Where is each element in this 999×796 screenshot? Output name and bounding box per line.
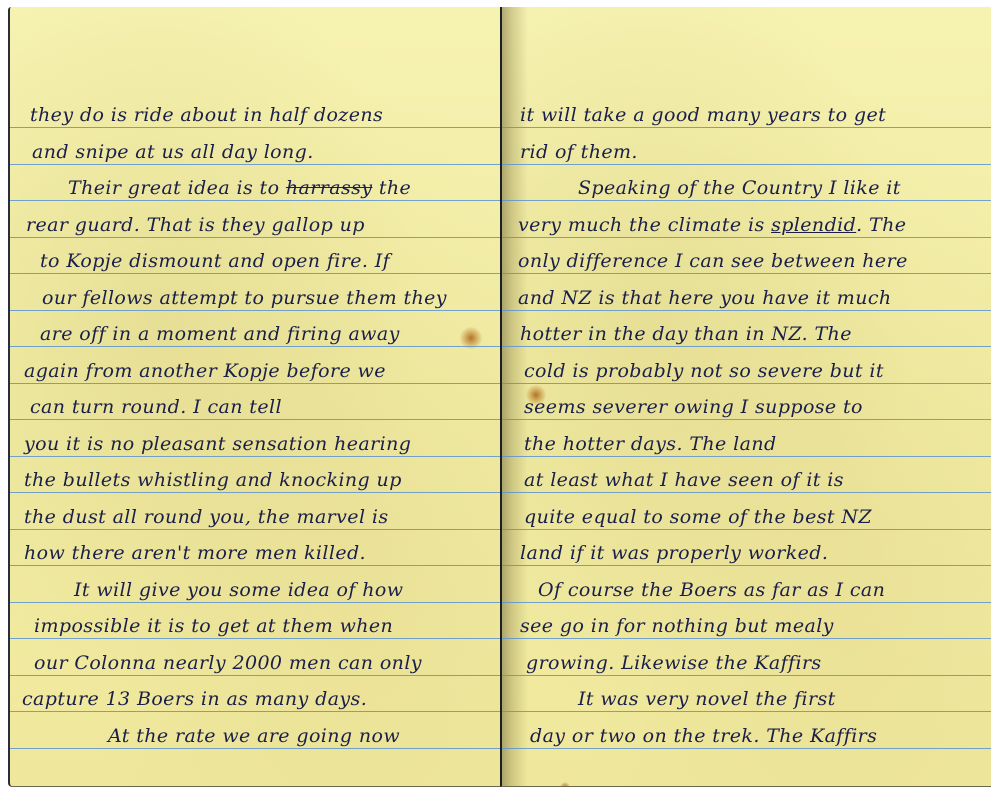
handwritten-line: hotter in the day than in NZ. The bbox=[502, 319, 991, 349]
handwritten-line: only difference I can see between here bbox=[502, 246, 991, 276]
handwritten-line: growing. Likewise the Kaffirs bbox=[502, 648, 991, 678]
handwritten-line: you it is no pleasant sensation hearing bbox=[10, 429, 500, 459]
handwritten-line: at least what I have seen of it is bbox=[502, 465, 991, 495]
rust-stain bbox=[560, 782, 570, 787]
handwritten-line: are off in a moment and firing away bbox=[10, 319, 500, 349]
handwritten-line: the dust all round you, the marvel is bbox=[10, 502, 500, 532]
handwritten-line: the bullets whistling and knocking up bbox=[10, 465, 500, 495]
line-text: very much the climate is bbox=[518, 214, 771, 236]
handwritten-line: and NZ is that here you have it much bbox=[502, 283, 991, 313]
right-page: it will take a good many years to getrid… bbox=[500, 7, 991, 787]
handwritten-line: it will take a good many years to get bbox=[502, 100, 991, 130]
handwritten-line: they do is ride about in half dozens bbox=[10, 100, 500, 130]
handwritten-line: again from another Kopje before we bbox=[10, 356, 500, 386]
handwritten-line: very much the climate is splendid. The bbox=[502, 210, 991, 240]
handwritten-line: see go in for nothing but mealy bbox=[502, 611, 991, 641]
handwritten-line: quite equal to some of the best NZ bbox=[502, 502, 991, 532]
line-text: Their great idea is to bbox=[68, 177, 286, 199]
handwritten-line: to Kopje dismount and open fire. If bbox=[10, 246, 500, 276]
handwritten-line: day or two on the trek. The Kaffirs bbox=[502, 721, 991, 751]
handwritten-line: At the rate we are going now bbox=[10, 721, 500, 751]
handwritten-line: land if it was properly worked. bbox=[502, 538, 991, 568]
handwritten-line: the hotter days. The land bbox=[502, 429, 991, 459]
line-text: . The bbox=[856, 214, 906, 236]
handwritten-line: seems severer owing I suppose to bbox=[502, 392, 991, 422]
line-text: the bbox=[372, 177, 411, 199]
handwritten-line: can turn round. I can tell bbox=[10, 392, 500, 422]
handwritten-line: Their great idea is to harrassy the bbox=[10, 173, 500, 203]
handwritten-line: capture 13 Boers in as many days. bbox=[10, 684, 500, 714]
left-page: they do is ride about in half dozensand … bbox=[8, 7, 500, 787]
handwritten-line: It was very novel the first bbox=[502, 684, 991, 714]
handwritten-line: how there aren't more men killed. bbox=[10, 538, 500, 568]
underlined-word: splendid bbox=[771, 214, 856, 236]
handwritten-line: rid of them. bbox=[502, 137, 991, 167]
handwritten-line: rear guard. That is they gallop up bbox=[10, 210, 500, 240]
struck-out-word: harrassy bbox=[286, 177, 373, 199]
handwritten-line: It will give you some idea of how bbox=[10, 575, 500, 605]
handwritten-line: cold is probably not so severe but it bbox=[502, 356, 991, 386]
handwritten-line: our fellows attempt to pursue them they bbox=[10, 283, 500, 313]
handwritten-line: and snipe at us all day long. bbox=[10, 137, 500, 167]
handwritten-line: Of course the Boers as far as I can bbox=[502, 575, 991, 605]
handwritten-line: impossible it is to get at them when bbox=[10, 611, 500, 641]
handwritten-line: our Colonna nearly 2000 men can only bbox=[10, 648, 500, 678]
handwritten-line: Speaking of the Country I like it bbox=[502, 173, 991, 203]
